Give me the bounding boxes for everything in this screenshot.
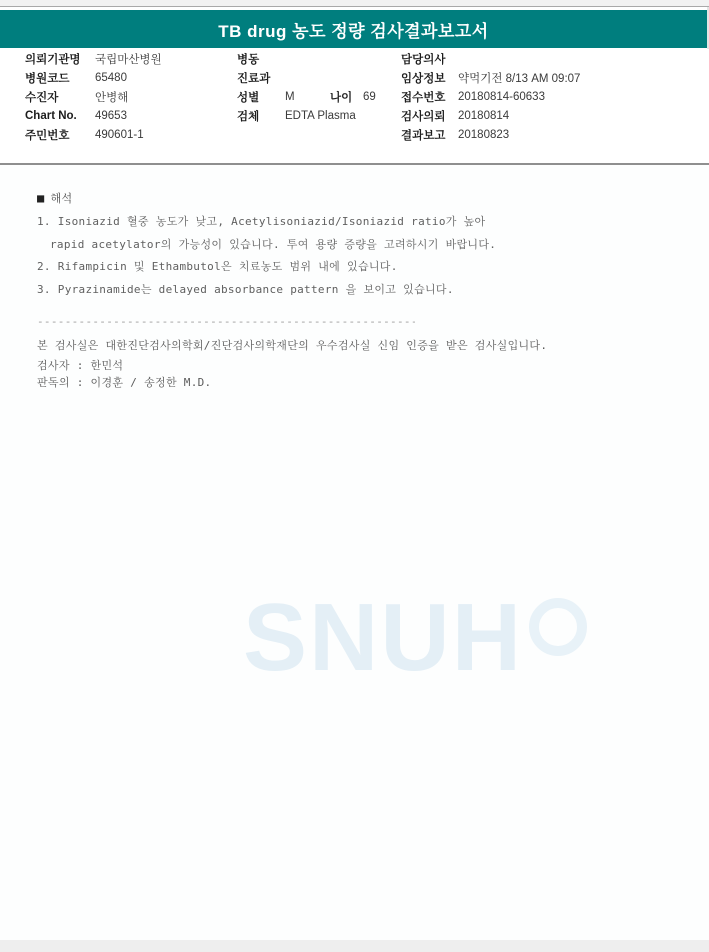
field-label: 담당의사 bbox=[401, 51, 458, 67]
field-value-age: 69 bbox=[363, 91, 376, 103]
watermark-text: SNUH bbox=[243, 583, 523, 693]
field-label-age: 나이 bbox=[330, 89, 363, 105]
accreditation-note: 본 검사실은 대한진단검사의학회/진단검사의학재단의 우수검사실 신임 인증을 … bbox=[37, 337, 547, 353]
patient-info-right-column: 담당의사 임상정보 약먹기전 8/13 AM 09:07 접수번호 201808… bbox=[401, 49, 691, 145]
reviewer-line: 판독의 : 이경훈 / 송정한 M.D. bbox=[37, 374, 211, 390]
patient-info-left-column: 의뢰기관명 국립마산병원 병원코드 65480 수진자 안병해 Chart No… bbox=[25, 49, 230, 145]
info-row-specimen: 검체 EDTA Plasma bbox=[237, 107, 397, 126]
patient-info-middle-column: 병동 진료과 성별 M 나이 69 검체 EDTA Plasma bbox=[237, 49, 397, 126]
info-row-doctor: 담당의사 bbox=[401, 49, 691, 68]
field-value: 49653 bbox=[95, 110, 127, 122]
dashed-separator: ----------------------------------------… bbox=[37, 315, 415, 328]
field-value: 약먹기전 8/13 AM 09:07 bbox=[458, 70, 580, 86]
patient-info-section: 의뢰기관명 국립마산병원 병원코드 65480 수진자 안병해 Chart No… bbox=[0, 49, 709, 163]
report-body: ■해석 1. Isoniazid 혈중 농도가 낮고, Acetylisonia… bbox=[0, 165, 709, 940]
field-label: Chart No. bbox=[25, 110, 95, 122]
snuh-watermark: SNUH bbox=[243, 583, 587, 693]
field-label: 병동 bbox=[237, 51, 285, 67]
info-row-ward: 병동 bbox=[237, 49, 397, 68]
field-value: 안병해 bbox=[95, 89, 128, 105]
field-label: 성별 bbox=[237, 89, 285, 105]
info-row-report-date: 결과보고 20180823 bbox=[401, 126, 691, 145]
field-label: 주민번호 bbox=[25, 127, 95, 143]
info-row-department: 진료과 bbox=[237, 68, 397, 87]
info-row-chart-no: Chart No. 49653 bbox=[25, 107, 230, 126]
field-value-sex: M bbox=[285, 91, 330, 103]
field-label: 병원코드 bbox=[25, 70, 95, 86]
info-row-request-date: 검사의뢰 20180814 bbox=[401, 107, 691, 126]
field-label: 의뢰기관명 bbox=[25, 51, 95, 67]
field-label: 접수번호 bbox=[401, 89, 458, 105]
interpretation-heading: ■해석 bbox=[37, 190, 72, 206]
watermark-circle-logo bbox=[529, 598, 587, 656]
info-row-institution: 의뢰기관명 국립마산병원 bbox=[25, 49, 230, 68]
interpretation-heading-label: 해석 bbox=[51, 192, 73, 205]
page-title: TB drug 농도 정량 검사결과보고서 bbox=[218, 17, 488, 42]
interpretation-item-2: 2. Rifampicin 및 Ethambutol은 치료농도 범위 내에 있… bbox=[37, 258, 398, 274]
field-value: 국립마산병원 bbox=[95, 51, 162, 67]
field-label: 수진자 bbox=[25, 89, 95, 105]
field-value: 20180814 bbox=[458, 110, 509, 122]
field-label: 임상정보 bbox=[401, 70, 458, 86]
interpretation-item-1-line-2: rapid acetylator의 가능성이 있습니다. 투여 용량 증량을 고… bbox=[50, 236, 496, 252]
top-strip bbox=[0, 0, 709, 7]
info-row-receipt-no: 접수번호 20180814-60633 bbox=[401, 87, 691, 106]
field-label: 결과보고 bbox=[401, 127, 458, 143]
field-value: 20180814-60633 bbox=[458, 91, 545, 103]
field-value: 490601-1 bbox=[95, 129, 144, 141]
report-header-bar: TB drug 농도 정량 검사결과보고서 bbox=[0, 10, 707, 48]
report-page: TB drug 농도 정량 검사결과보고서 의뢰기관명 국립마산병원 병원코드 … bbox=[0, 0, 709, 952]
field-value: EDTA Plasma bbox=[285, 110, 356, 122]
interpretation-item-1-line-1: 1. Isoniazid 혈중 농도가 낮고, Acetylisoniazid/… bbox=[37, 213, 485, 229]
info-row-sex-age: 성별 M 나이 69 bbox=[237, 87, 397, 106]
info-row-patient-name: 수진자 안병해 bbox=[25, 87, 230, 106]
bottom-strip bbox=[0, 940, 709, 952]
field-value: 20180823 bbox=[458, 129, 509, 141]
field-label: 검체 bbox=[237, 108, 285, 124]
interpretation-item-3: 3. Pyrazinamide는 delayed absorbance patt… bbox=[37, 281, 454, 297]
info-row-resident-no: 주민번호 490601-1 bbox=[25, 126, 230, 145]
field-label: 진료과 bbox=[237, 70, 285, 86]
examiner-line: 검사자 : 한민석 bbox=[37, 357, 123, 373]
field-value: 65480 bbox=[95, 72, 127, 84]
info-row-hospital-code: 병원코드 65480 bbox=[25, 68, 230, 87]
info-row-clinical-info: 임상정보 약먹기전 8/13 AM 09:07 bbox=[401, 68, 691, 87]
square-bullet-icon: ■ bbox=[37, 191, 45, 205]
field-label: 검사의뢰 bbox=[401, 108, 458, 124]
